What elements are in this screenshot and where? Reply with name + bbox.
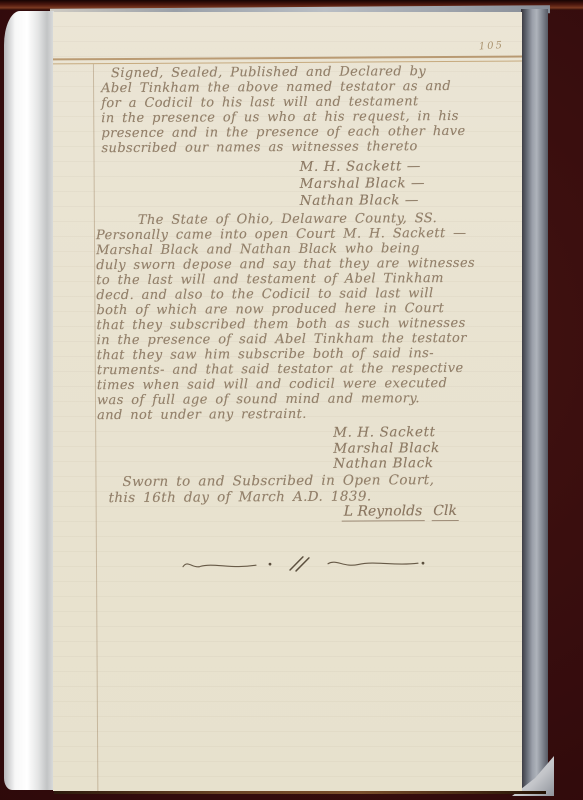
handwritten-line: Sworn to and Subscribed in Open Court,	[108, 472, 434, 490]
witness-signature: Nathan Black —	[300, 192, 426, 210]
page-stack-edge-right	[521, 9, 548, 795]
clerk-signature: L ReynoldsClk	[342, 503, 459, 520]
header-rule-line-thick	[53, 56, 522, 61]
witness-signature: M. H. Sackett	[333, 425, 440, 441]
handwritten-line: subscribed our names as witnesses theret…	[101, 139, 465, 156]
clerk-signature-name: L Reynolds	[342, 503, 425, 522]
witness-signatures-first: M. H. Sackett — Marshal Black — Nathan B…	[300, 158, 426, 210]
handwritten-line: was of full age of sound mind and memory…	[97, 391, 476, 408]
witness-signature: M. H. Sackett —	[300, 158, 426, 176]
attestation-clause-paragraph: Signed, Sealed, Published and Declared b…	[101, 64, 466, 156]
court-attestation: Sworn to and Subscribed in Open Court, t…	[108, 472, 434, 506]
divider-flourish-icon	[180, 554, 432, 574]
witness-signature: Nathan Black	[333, 456, 440, 472]
clerk-title: Clk	[431, 503, 459, 521]
scanned-probate-record-photo: 105 Signed, Sealed, Published and Declar…	[0, 0, 583, 800]
handwritten-line: and not under any restraint.	[97, 406, 476, 423]
page-number: 105	[479, 40, 505, 52]
page-content: 105 Signed, Sealed, Published and Declar…	[53, 12, 522, 791]
book-cover-bottom-edge	[54, 791, 546, 794]
probate-testimony-paragraph: The State of Ohio, Delaware County, SS. …	[96, 211, 476, 423]
ledger-page: 105 Signed, Sealed, Published and Declar…	[53, 12, 522, 791]
witness-signatures-second: M. H. Sackett Marshal Black Nathan Black	[333, 425, 440, 472]
curled-pages-left	[4, 11, 54, 790]
margin-rule-line	[93, 64, 98, 791]
witness-signature: Marshal Black —	[300, 175, 426, 193]
